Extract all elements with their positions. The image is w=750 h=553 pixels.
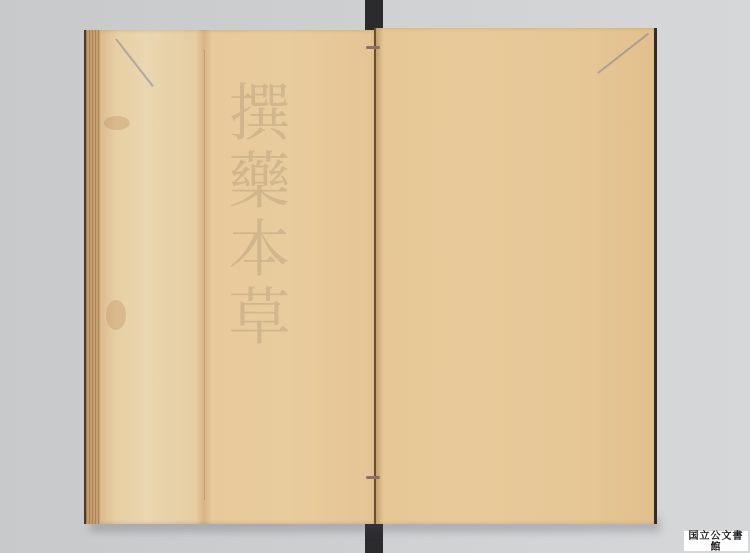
right-page <box>376 28 657 524</box>
stain <box>106 300 126 330</box>
corner-crease <box>597 33 649 74</box>
binding-thread-bottom <box>366 476 380 479</box>
binding-thread-top <box>366 46 380 49</box>
frame-line <box>204 50 205 500</box>
bleed-through-calligraphy: 撰藥本草 <box>214 80 294 500</box>
watermark-title: 国立公文書館 <box>684 531 748 553</box>
left-page: 撰藥本草 <box>84 30 378 524</box>
corner-crease <box>115 38 154 87</box>
open-book: 撰藥本草 <box>84 28 656 524</box>
page-stack-edge <box>86 30 100 524</box>
archive-watermark: 国立公文書館 National Archives of Japan <box>684 531 748 551</box>
stain <box>104 116 130 130</box>
